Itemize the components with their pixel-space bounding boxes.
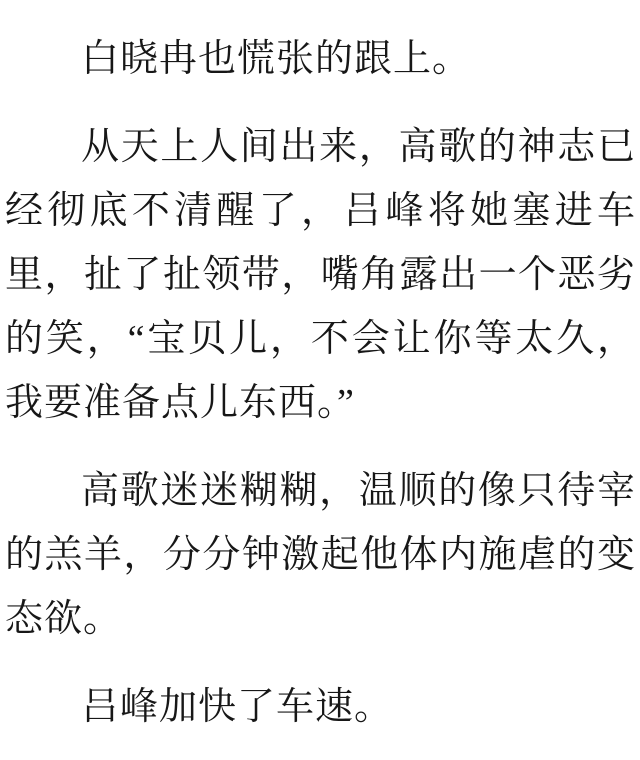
paragraph-1: 白晓冉也慌张的跟上。: [5, 27, 636, 91]
paragraph-4: 吕峰加快了车速。: [5, 675, 636, 739]
paragraph-2: 从天上人间出来，高歌的神志已经彻底不清醒了，吕峰将她塞进车里，扯了扯领带，嘴角露…: [5, 115, 636, 435]
reader-page[interactable]: 白晓冉也慌张的跟上。 从天上人间出来，高歌的神志已经彻底不清醒了，吕峰将她塞进车…: [0, 0, 640, 760]
paragraph-3: 高歌迷迷糊糊，温顺的像只待宰的羔羊，分分钟激起他体内施虐的变态欲。: [5, 459, 636, 651]
